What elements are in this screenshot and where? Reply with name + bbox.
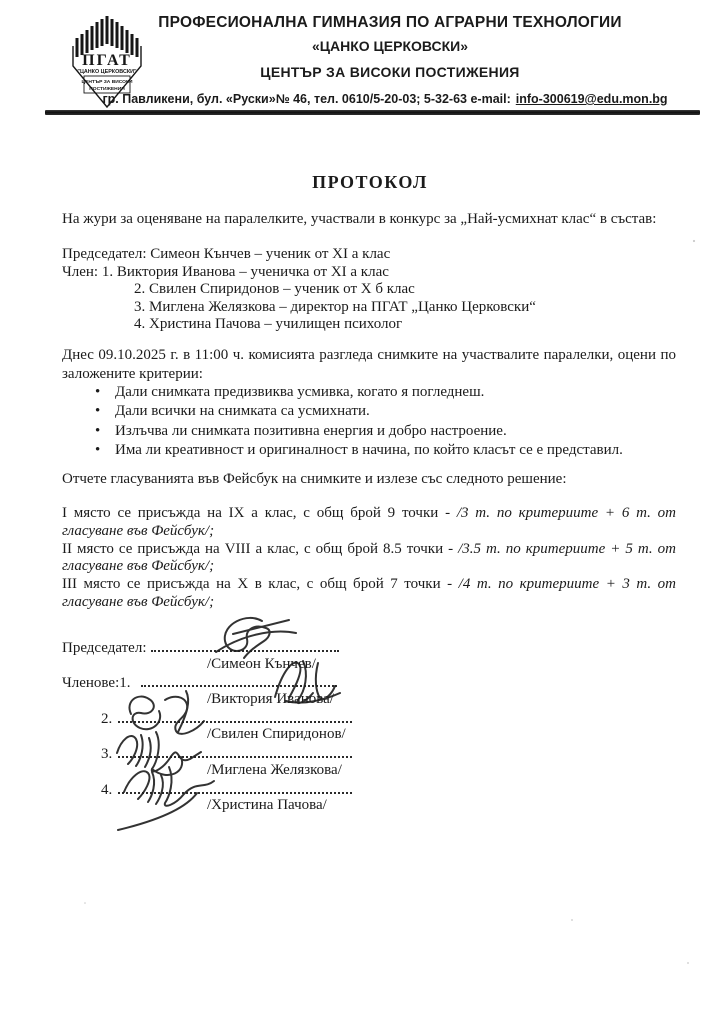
letterhead-divider xyxy=(45,110,700,115)
document-title: ПРОТОКОЛ xyxy=(62,172,678,193)
chair-label: Председател: xyxy=(62,640,147,656)
member-number: 2. xyxy=(101,711,112,727)
member-number: 3. xyxy=(101,746,112,762)
logo-bars xyxy=(77,16,137,57)
member-signature-line: 3. xyxy=(62,744,482,762)
committee-member: 2. Свилен Спиридонов – ученик от X б кла… xyxy=(62,281,676,299)
intro-paragraph: На жури за оценяване на паралелките, уча… xyxy=(62,211,682,228)
decision-intro: Отчете гласуванията във Фейсбук на снимк… xyxy=(62,471,676,488)
committee-chair: Председател: Симеон Кънчев – ученик от X… xyxy=(62,246,676,264)
results-list: I място се присъжда на IX а клас, с общ … xyxy=(62,505,676,612)
member-printed-name: /Виктория Иванова/ xyxy=(62,691,482,709)
member-printed-name: /Свилен Спиридонов/ xyxy=(62,726,482,744)
logo-center-line1: ЦЕНТЪР ЗА ВИСОКИ xyxy=(82,79,133,85)
email-text: info-300619@edu.mon.bg xyxy=(516,92,668,106)
member-printed-name: /Христина Пачова/ xyxy=(62,797,482,815)
chair-printed-name: /Симеон Кънчев/ xyxy=(62,656,482,674)
signature-block: Председател: /Симеон Кънчев/ Членове:1. … xyxy=(62,638,482,815)
logo-patron-small: "ЦАНКО ЦЕРКОВСКИ" xyxy=(77,69,137,75)
committee-member: 4. Христина Пачова – училищен психолог xyxy=(62,316,676,334)
members-label: Членове: xyxy=(62,675,119,691)
dotted-line xyxy=(151,638,339,652)
result-third-place: III място се присъжда на X в клас, с общ… xyxy=(62,576,676,612)
member-signature-line: 2. xyxy=(62,709,482,727)
result-second-place: II място се присъжда на VIII а клас, с о… xyxy=(62,541,676,577)
member-number: 1. xyxy=(119,675,130,691)
school-name: ПРОФЕСИОНАЛНА ГИМНАЗИЯ ПО АГРАРНИ ТЕХНОЛ… xyxy=(150,14,630,32)
address-line: гр. Павликени, бул. «Руски»№ 46, тел. 06… xyxy=(75,92,695,106)
session-paragraph: Днес 09.10.2025 г. в 11:00 ч. комисията … xyxy=(62,346,676,383)
committee-list: Председател: Симеон Кънчев – ученик от X… xyxy=(62,246,676,334)
criteria-list: Дали снимката предизвиква усмивка, когат… xyxy=(62,383,666,460)
member-number: 4. xyxy=(101,782,112,798)
dotted-line xyxy=(118,744,352,758)
criteria-item: Има ли креативност и оригиналност в начи… xyxy=(62,441,666,460)
member-printed-name: /Миглена Желязкова/ xyxy=(62,762,482,780)
criteria-item: Дали снимката предизвиква усмивка, когат… xyxy=(62,383,666,402)
result-first-place: I място се присъжда на IX а клас, с общ … xyxy=(62,505,676,541)
school-patron: «ЦАНКО ЦЕРКОВСКИ» xyxy=(150,38,630,54)
committee-member: Член: 1. Виктория Иванова – ученичка от … xyxy=(62,264,676,282)
dotted-line xyxy=(118,780,352,794)
chair-signature-line: Председател: xyxy=(62,638,482,656)
criteria-item: Излъчва ли снимката позитивна енергия и … xyxy=(62,422,666,441)
committee-member: 3. Миглена Желязкова – директор на ПГАТ … xyxy=(62,299,676,317)
address-text: гр. Павликени, бул. «Руски»№ 46, тел. 06… xyxy=(102,92,510,106)
dotted-line xyxy=(118,709,352,723)
member-signature-line: 4. xyxy=(62,780,482,798)
dotted-line xyxy=(141,673,337,687)
criteria-item: Дали всички на снимката са усмихнати. xyxy=(62,402,666,421)
member-signature-line: Членове:1. xyxy=(62,673,482,691)
scanned-protocol-page: { "header": { "logo": { "acronym": "ПГАТ… xyxy=(0,0,725,1024)
logo-acronym: ПГАТ xyxy=(82,52,132,69)
center-name: ЦЕНТЪР ЗА ВИСОКИ ПОСТИЖЕНИЯ xyxy=(150,64,630,80)
